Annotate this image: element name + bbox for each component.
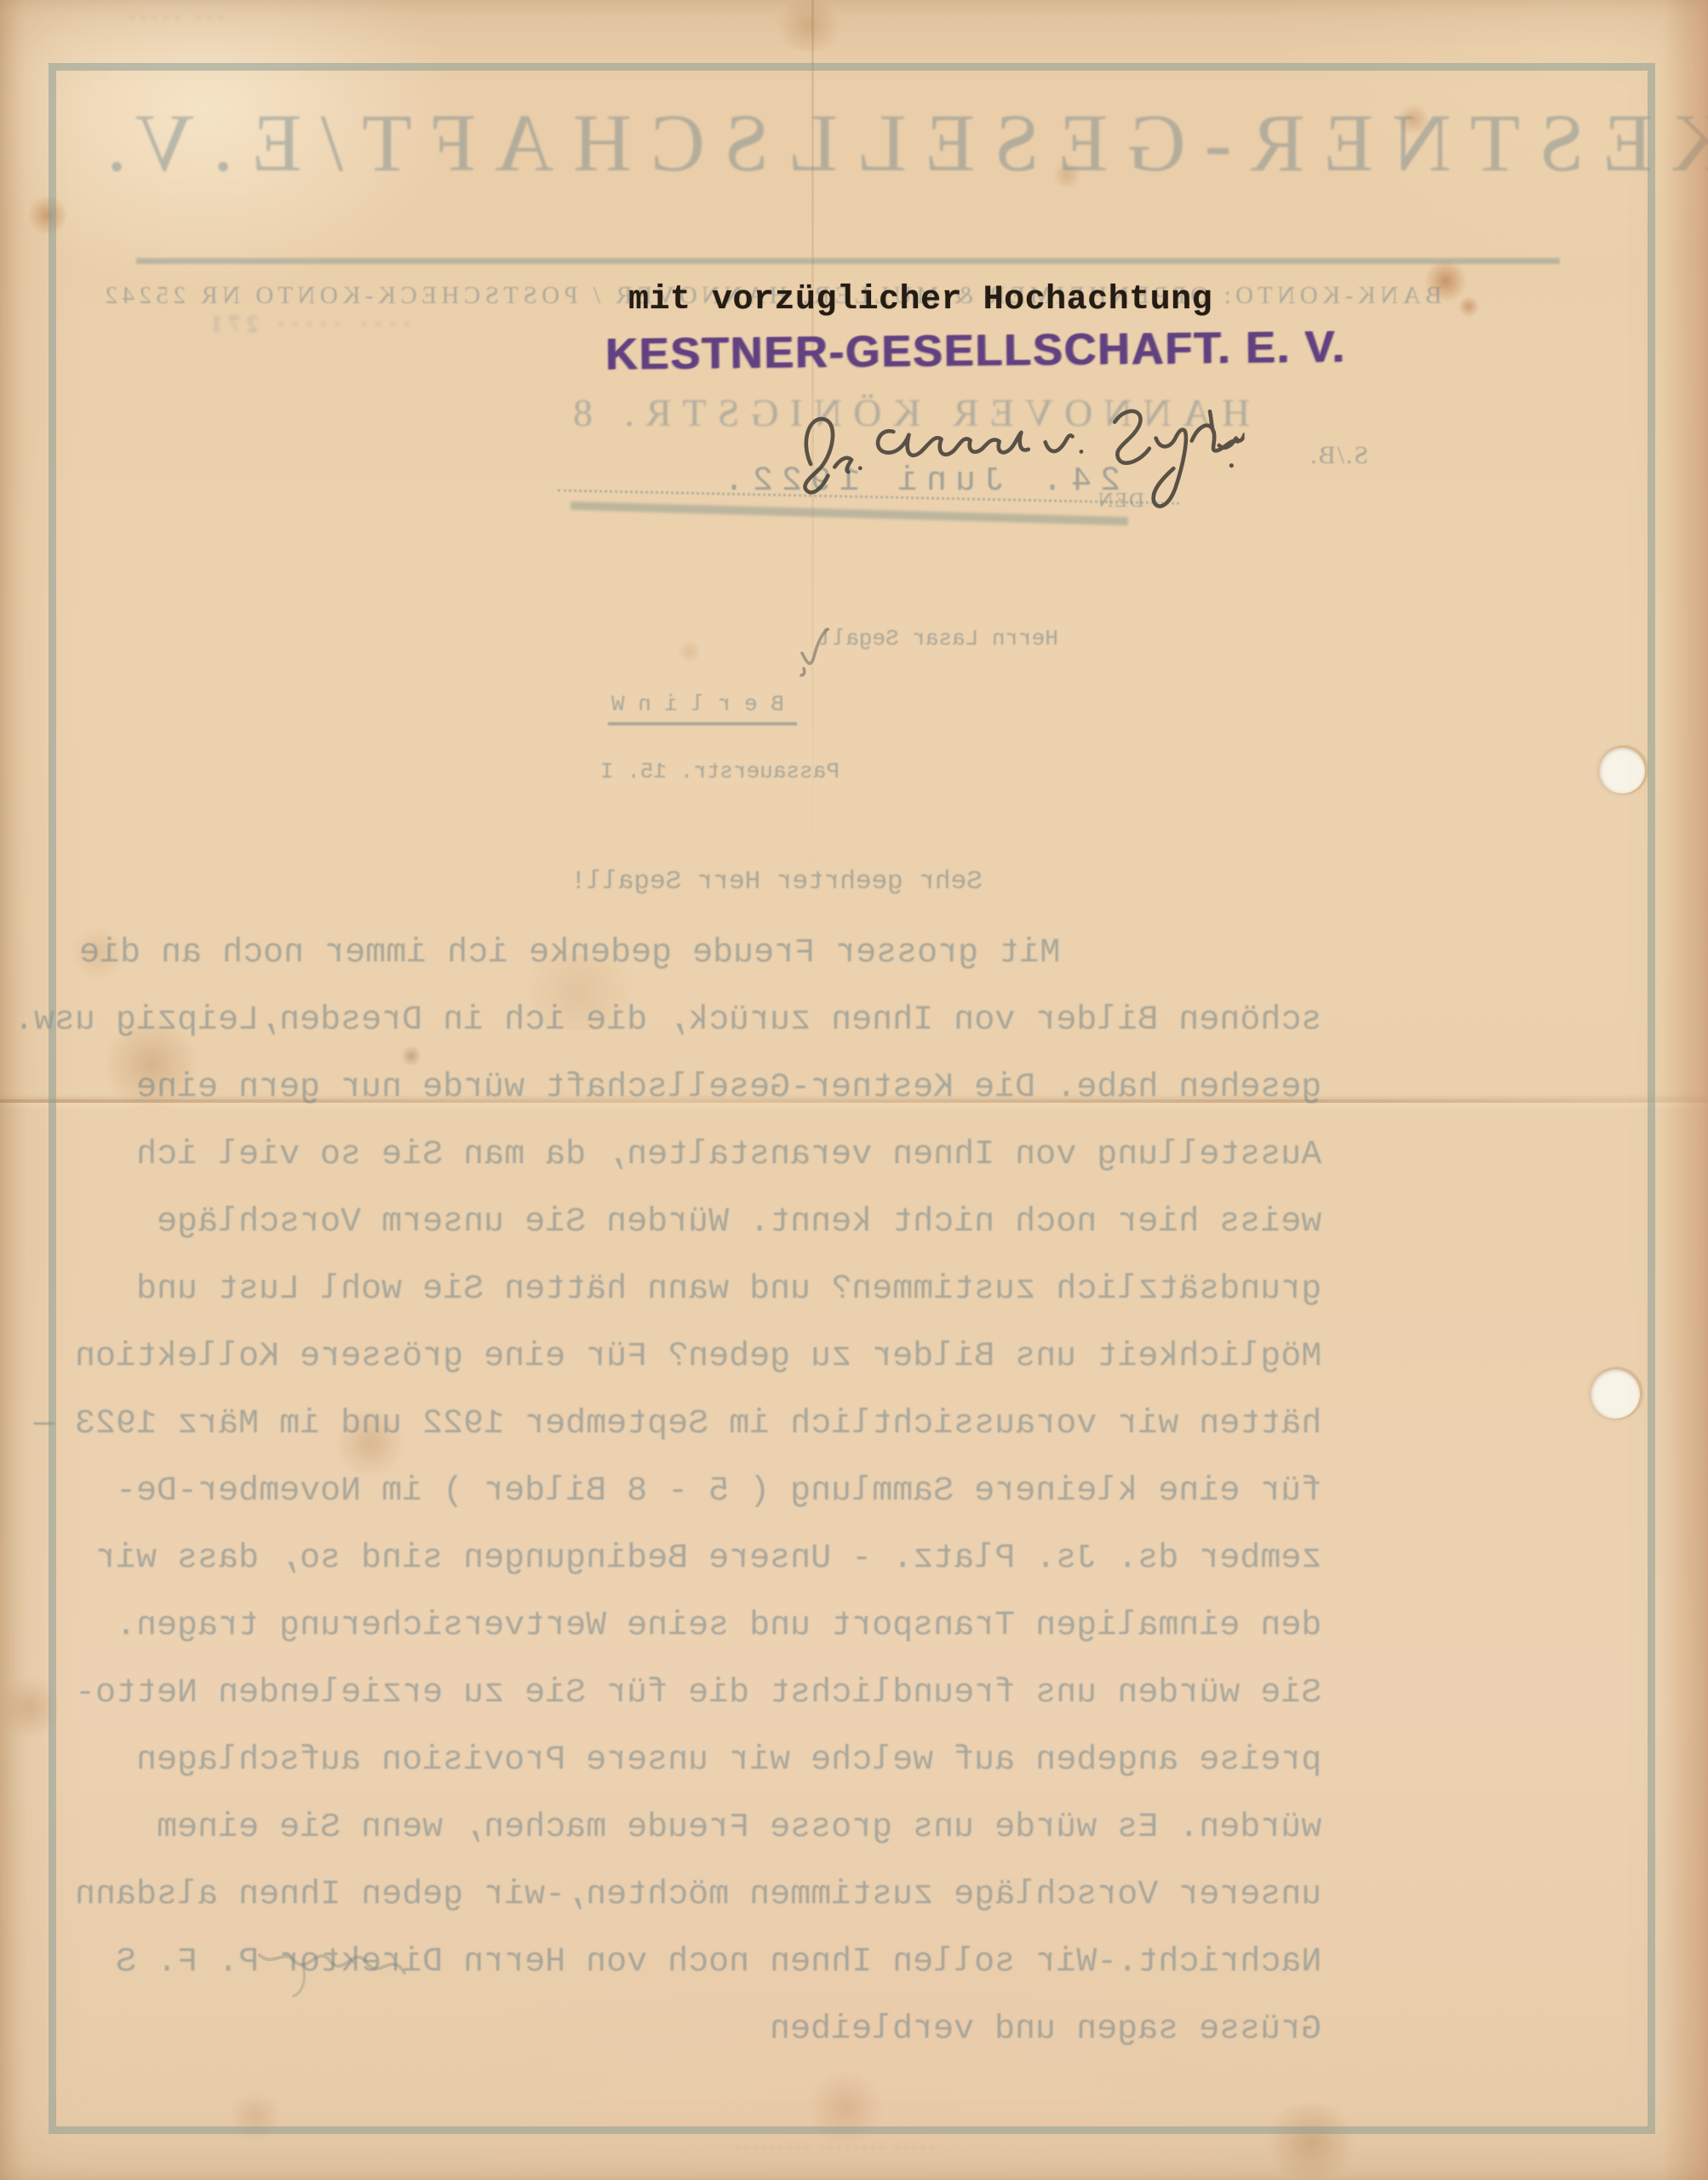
stain	[1458, 296, 1480, 317]
bleed-recipient-city: B e r l i n W	[611, 691, 784, 717]
right-edge-shade	[1662, 0, 1708, 2180]
stain	[28, 194, 67, 237]
bleed-recipient-street: Passauerstr. 15. I	[600, 759, 840, 784]
bleed-recipient-name: Herrn Lasar Segall	[819, 626, 1058, 651]
bleed-body-line: Möglichkeit uns Bilder zu geben? Für ein…	[75, 1338, 1321, 1376]
bleed-city-underline	[608, 722, 797, 726]
bleed-body-line: preise angeben auf welche wir unsere Pro…	[136, 1741, 1321, 1780]
printer-imprint-fragment: ····· ········ ·········	[732, 2139, 934, 2157]
bleed-body-line: gesehen habe. Die Kestner-Gesellschaft w…	[136, 1069, 1321, 1107]
bleed-letterhead-title: KESTNER-GESELLSCHAFT/E.V.	[88, 95, 1708, 190]
bleed-body-line: Sie würden uns freundlichst die für Sie …	[75, 1674, 1321, 1712]
punch-hole-bottom	[1591, 1369, 1640, 1419]
bleed-bank-line2-fragment: ···· ····· 271	[204, 312, 410, 337]
bleed-body-line: würden. Es würde uns grosse Freude mache…	[157, 1809, 1321, 1847]
punch-hole-top	[1599, 748, 1645, 794]
pencil-check-mark	[795, 624, 831, 677]
bleed-body-line: den einmaligen Transport und seine Wertv…	[116, 1607, 1321, 1645]
stain	[1260, 2103, 1362, 2180]
bleed-body-line: Mit grosser Freude gedenke ich immer noc…	[79, 934, 1060, 972]
bleed-body-line: schönen Bilder von Ihnen zurück, die ich…	[14, 1001, 1321, 1040]
stain	[771, 0, 847, 51]
bleed-body-line: Ausstellung von Ihnen veranstalten, da m…	[136, 1136, 1321, 1174]
bleed-body-line: zember ds. Js. Platz. - Unsere Bedingung…	[95, 1540, 1321, 1578]
stain	[677, 640, 702, 663]
handwritten-signature	[783, 376, 1247, 535]
stain	[400, 1046, 422, 1066]
bleed-body-line: unserer Vorschläge zustimmen möchten,-wi…	[75, 1876, 1321, 1914]
bleed-body-line: grundsätzlich zustimmen? und wann hätten…	[136, 1271, 1321, 1309]
bleed-body-line: Grüsse sagen und verbleiben	[770, 2011, 1321, 2049]
bleed-body-line: weiss hier noch nicht kennt. Würden Sie …	[157, 1203, 1321, 1242]
letter-scan-page: ··· ····· KESTNER-GESELLSCHAFT/E.V. BANK…	[0, 0, 1708, 2180]
organization-stamp: KESTNER-GESELLSCHAFT. E. V.	[605, 321, 1346, 380]
bleed-body-line: für eine kleinere Sammlung ( 5 - 8 Bilde…	[116, 1472, 1321, 1511]
left-edge-shade	[0, 0, 26, 2180]
bleed-greeting: Sehr geehrter Herr Segall!	[570, 867, 983, 897]
bleed-handwritten-name-script	[251, 1935, 413, 2001]
typed-valediction: mit vorzüglicher Hochachtung	[628, 281, 1212, 319]
bleed-body-line: hätten wir voraussichtlich im September …	[34, 1405, 1321, 1443]
top-edge-fragment: ··· ·····	[123, 7, 224, 29]
stain	[228, 2091, 283, 2142]
bleed-letterhead-rule	[136, 258, 1560, 264]
bleed-ref-label: S./B.	[1309, 441, 1368, 470]
stain	[805, 2071, 886, 2146]
